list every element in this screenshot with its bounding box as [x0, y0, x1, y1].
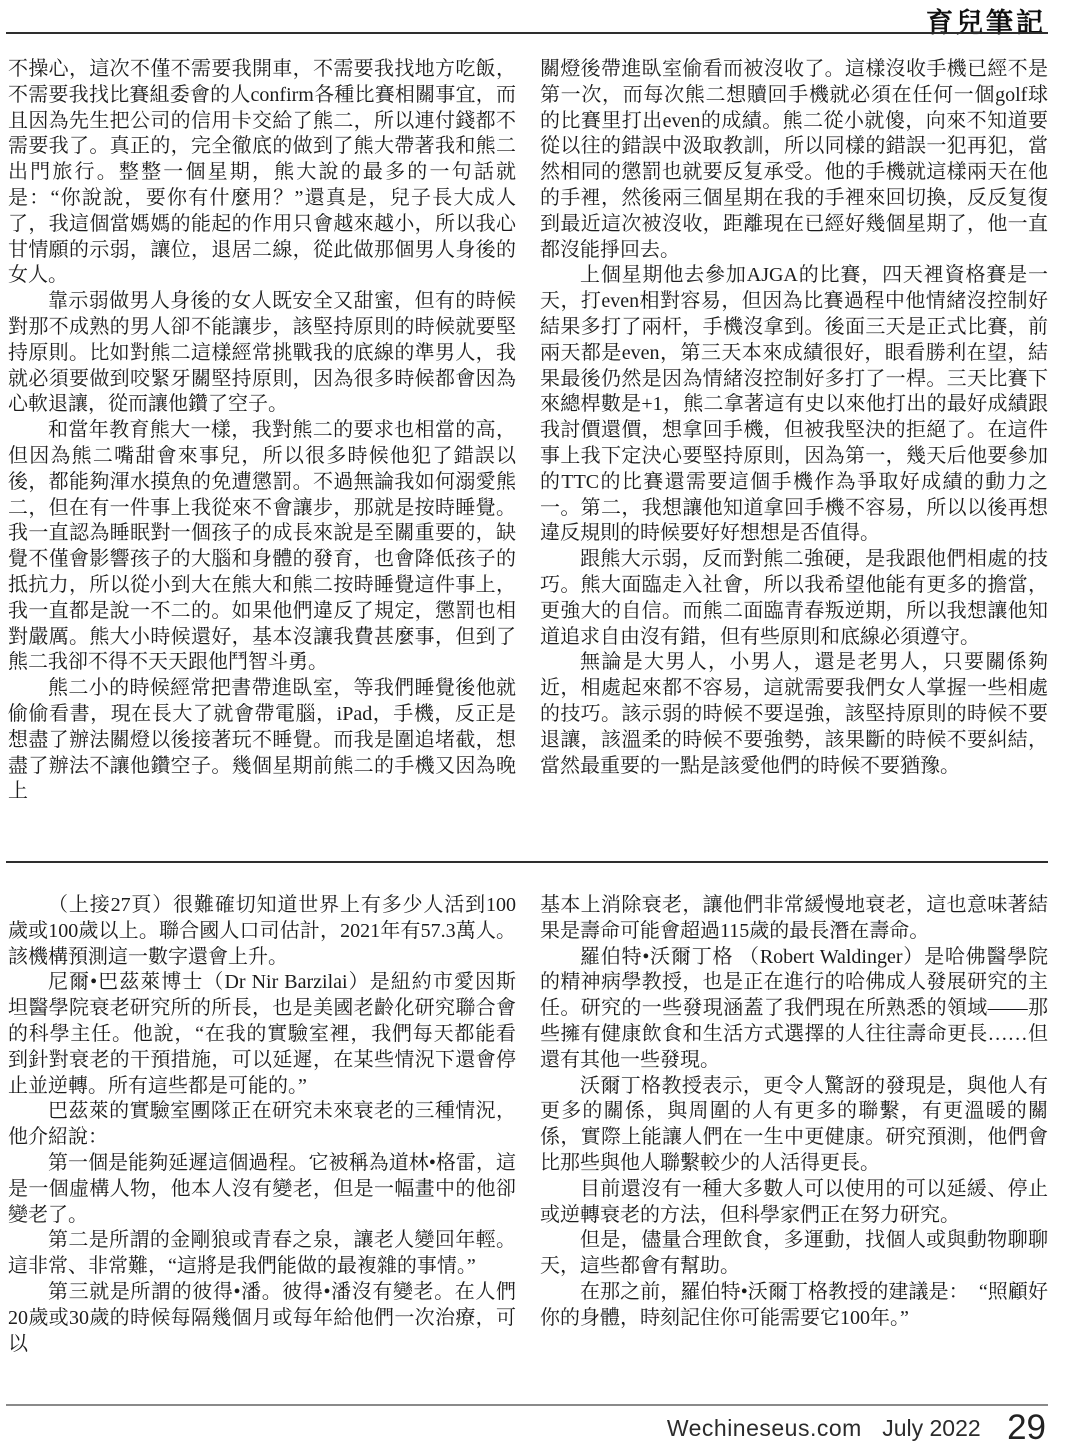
- article-parenting-left-column: 不操心，這次不僅不需要我開車，不需要我找地方吃飯，不需要我找比賽組委會的人con…: [8, 57, 516, 843]
- paragraph: 基本上消除衰老，讓他們非常緩慢地衰老，這也意味著結果是壽命可能會超過115歲的最…: [540, 893, 1048, 945]
- paragraph: 目前還沒有一種大多數人可以使用的可以延緩、停止或逆轉衰老的方法，但科學家們正在努…: [540, 1177, 1048, 1229]
- paragraph: 和當年教育熊大一樣，我對熊二的要求也相當的高，但因為熊二嘴甜會來事兒，所以很多時…: [8, 418, 516, 676]
- paragraph: （上接27頁）很難確切知道世界上有多少人活到100歲或100歲以上。聯合國人口司…: [8, 893, 516, 970]
- magazine-page: 育兒筆記 不操心，這次不僅不需要我開車，不需要我找地方吃飯，不需要我找比賽組委會…: [0, 0, 1089, 1451]
- paragraph: 靠示弱做男人身後的女人既安全又甜蜜，但有的時候對那不成熟的男人卻不能讓步，該堅持…: [8, 289, 516, 418]
- paragraph: 第一個是能夠延遲這個過程。它被稱為道林•格雷，這是一個虛構人物，他本人沒有變老，…: [8, 1151, 516, 1228]
- article-parenting-right-column: 關燈後帶進臥室偷看而被沒收了。這樣沒收手機已經不是第一次，而每次熊二想贖回手機就…: [540, 57, 1048, 843]
- paragraph: 熊二小的時候經常把書帶進臥室，等我們睡覺後他就偷偷看書，現在長大了就會帶電腦，i…: [8, 676, 516, 805]
- paragraph: 巴茲萊的實驗室團隊正在研究未來衰老的三種情況，他介紹說：: [8, 1099, 516, 1151]
- article-divider: [6, 861, 1048, 863]
- footer-page-number: 29: [1007, 1408, 1046, 1447]
- article-aging-left-column: （上接27頁）很難確切知道世界上有多少人活到100歲或100歲以上。聯合國人口司…: [8, 893, 516, 1385]
- paragraph: 但是，儘量合理飲食，多運動，找個人或與動物聊聊天，這些都會有幫助。: [540, 1228, 1048, 1280]
- paragraph: 不操心，這次不僅不需要我開車，不需要我找地方吃飯，不需要我找比賽組委會的人con…: [8, 57, 516, 289]
- paragraph: 上個星期他去參加AJGA的比賽，四天裡資格賽是一天，打even相對容易，但因為比…: [540, 263, 1048, 547]
- paragraph: 在那之前，羅伯特•沃爾丁格教授的建議是： “照顧好你的身體，時刻記住你可能需要它…: [540, 1280, 1048, 1332]
- paragraph: 尼爾•巴茲萊博士（Dr Nir Barzilai）是紐約市愛因斯坦醫學院衰老研究…: [8, 970, 516, 1099]
- page-header-section-title: 育兒筆記: [8, 1, 1046, 40]
- paragraph: 沃爾丁格教授表示，更令人驚訝的發現是，與他人有更多的關係，與周圍的人有更多的聯繫…: [540, 1074, 1048, 1177]
- paragraph: 跟熊大示弱，反而對熊二強硬，是我跟他們相處的技巧。熊大面臨走入社會，所以我希望他…: [540, 547, 1048, 650]
- article-parenting: 不操心，這次不僅不需要我開車，不需要我找地方吃飯，不需要我找比賽組委會的人con…: [8, 57, 1048, 843]
- article-aging: （上接27頁）很難確切知道世界上有多少人活到100歲或100歲以上。聯合國人口司…: [8, 893, 1048, 1385]
- paragraph: 關燈後帶進臥室偷看而被沒收了。這樣沒收手機已經不是第一次，而每次熊二想贖回手機就…: [540, 57, 1048, 263]
- page-footer: Wechineseus.com July 2022 29: [8, 1408, 1046, 1448]
- paragraph: 第三就是所謂的彼得•潘。彼得•潘沒有變老。在人們20歲或30歲的時候每隔幾個月或…: [8, 1280, 516, 1357]
- article-aging-right-column: 基本上消除衰老，讓他們非常緩慢地衰老，這也意味著結果是壽命可能會超過115歲的最…: [540, 893, 1048, 1385]
- footer-issue-date: July 2022: [882, 1415, 980, 1441]
- paragraph: 第二是所謂的金剛狼或青春之泉，讓老人變回年輕。這非常、非常難，“這將是我們能做的…: [8, 1228, 516, 1280]
- footer-rule: [6, 1404, 1048, 1406]
- footer-site-name: Wechineseus.com: [667, 1415, 862, 1441]
- paragraph: 無論是大男人，小男人，還是老男人，只要關係夠近，相處起來都不容易，這就需要我們女…: [540, 650, 1048, 779]
- paragraph: 羅伯特•沃爾丁格 （Robert Waldinger）是哈佛醫學院的精神病學教授…: [540, 945, 1048, 1074]
- header-rule: [6, 32, 1048, 34]
